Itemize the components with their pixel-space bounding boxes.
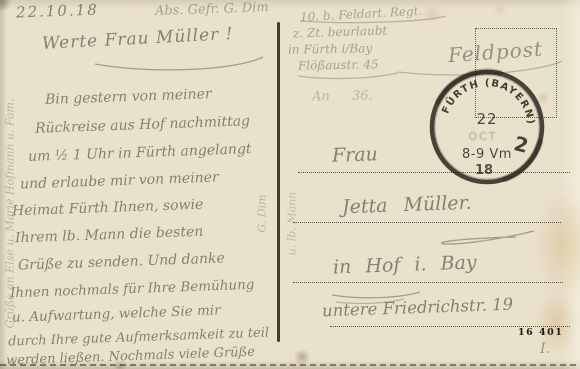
street-underline — [298, 73, 398, 79]
postmark-day: 22 — [476, 110, 497, 128]
postcard: 22.10.18 Werte Frau Müller ! Bin gestern… — [0, 0, 580, 369]
postmark-time: 8-9 Vm — [462, 147, 512, 162]
hof-underline-1 — [332, 292, 420, 298]
sender-underline — [300, 16, 446, 23]
postmark-district-number: 2 — [511, 131, 530, 158]
hof-underline-2 — [336, 299, 404, 303]
postmark-year: 18 — [475, 163, 493, 178]
postmark-month-smudge: OCT — [468, 130, 497, 143]
name-flourish — [441, 231, 534, 244]
postmark-stamp: FÜRTH (BAYERN) 2 22 OCT 8-9 Vm 18 — [432, 71, 542, 182]
ink-overlay: FÜRTH (BAYERN) 2 22 OCT 8-9 Vm 18 — [0, 0, 580, 369]
greeting-flourish — [95, 57, 263, 70]
